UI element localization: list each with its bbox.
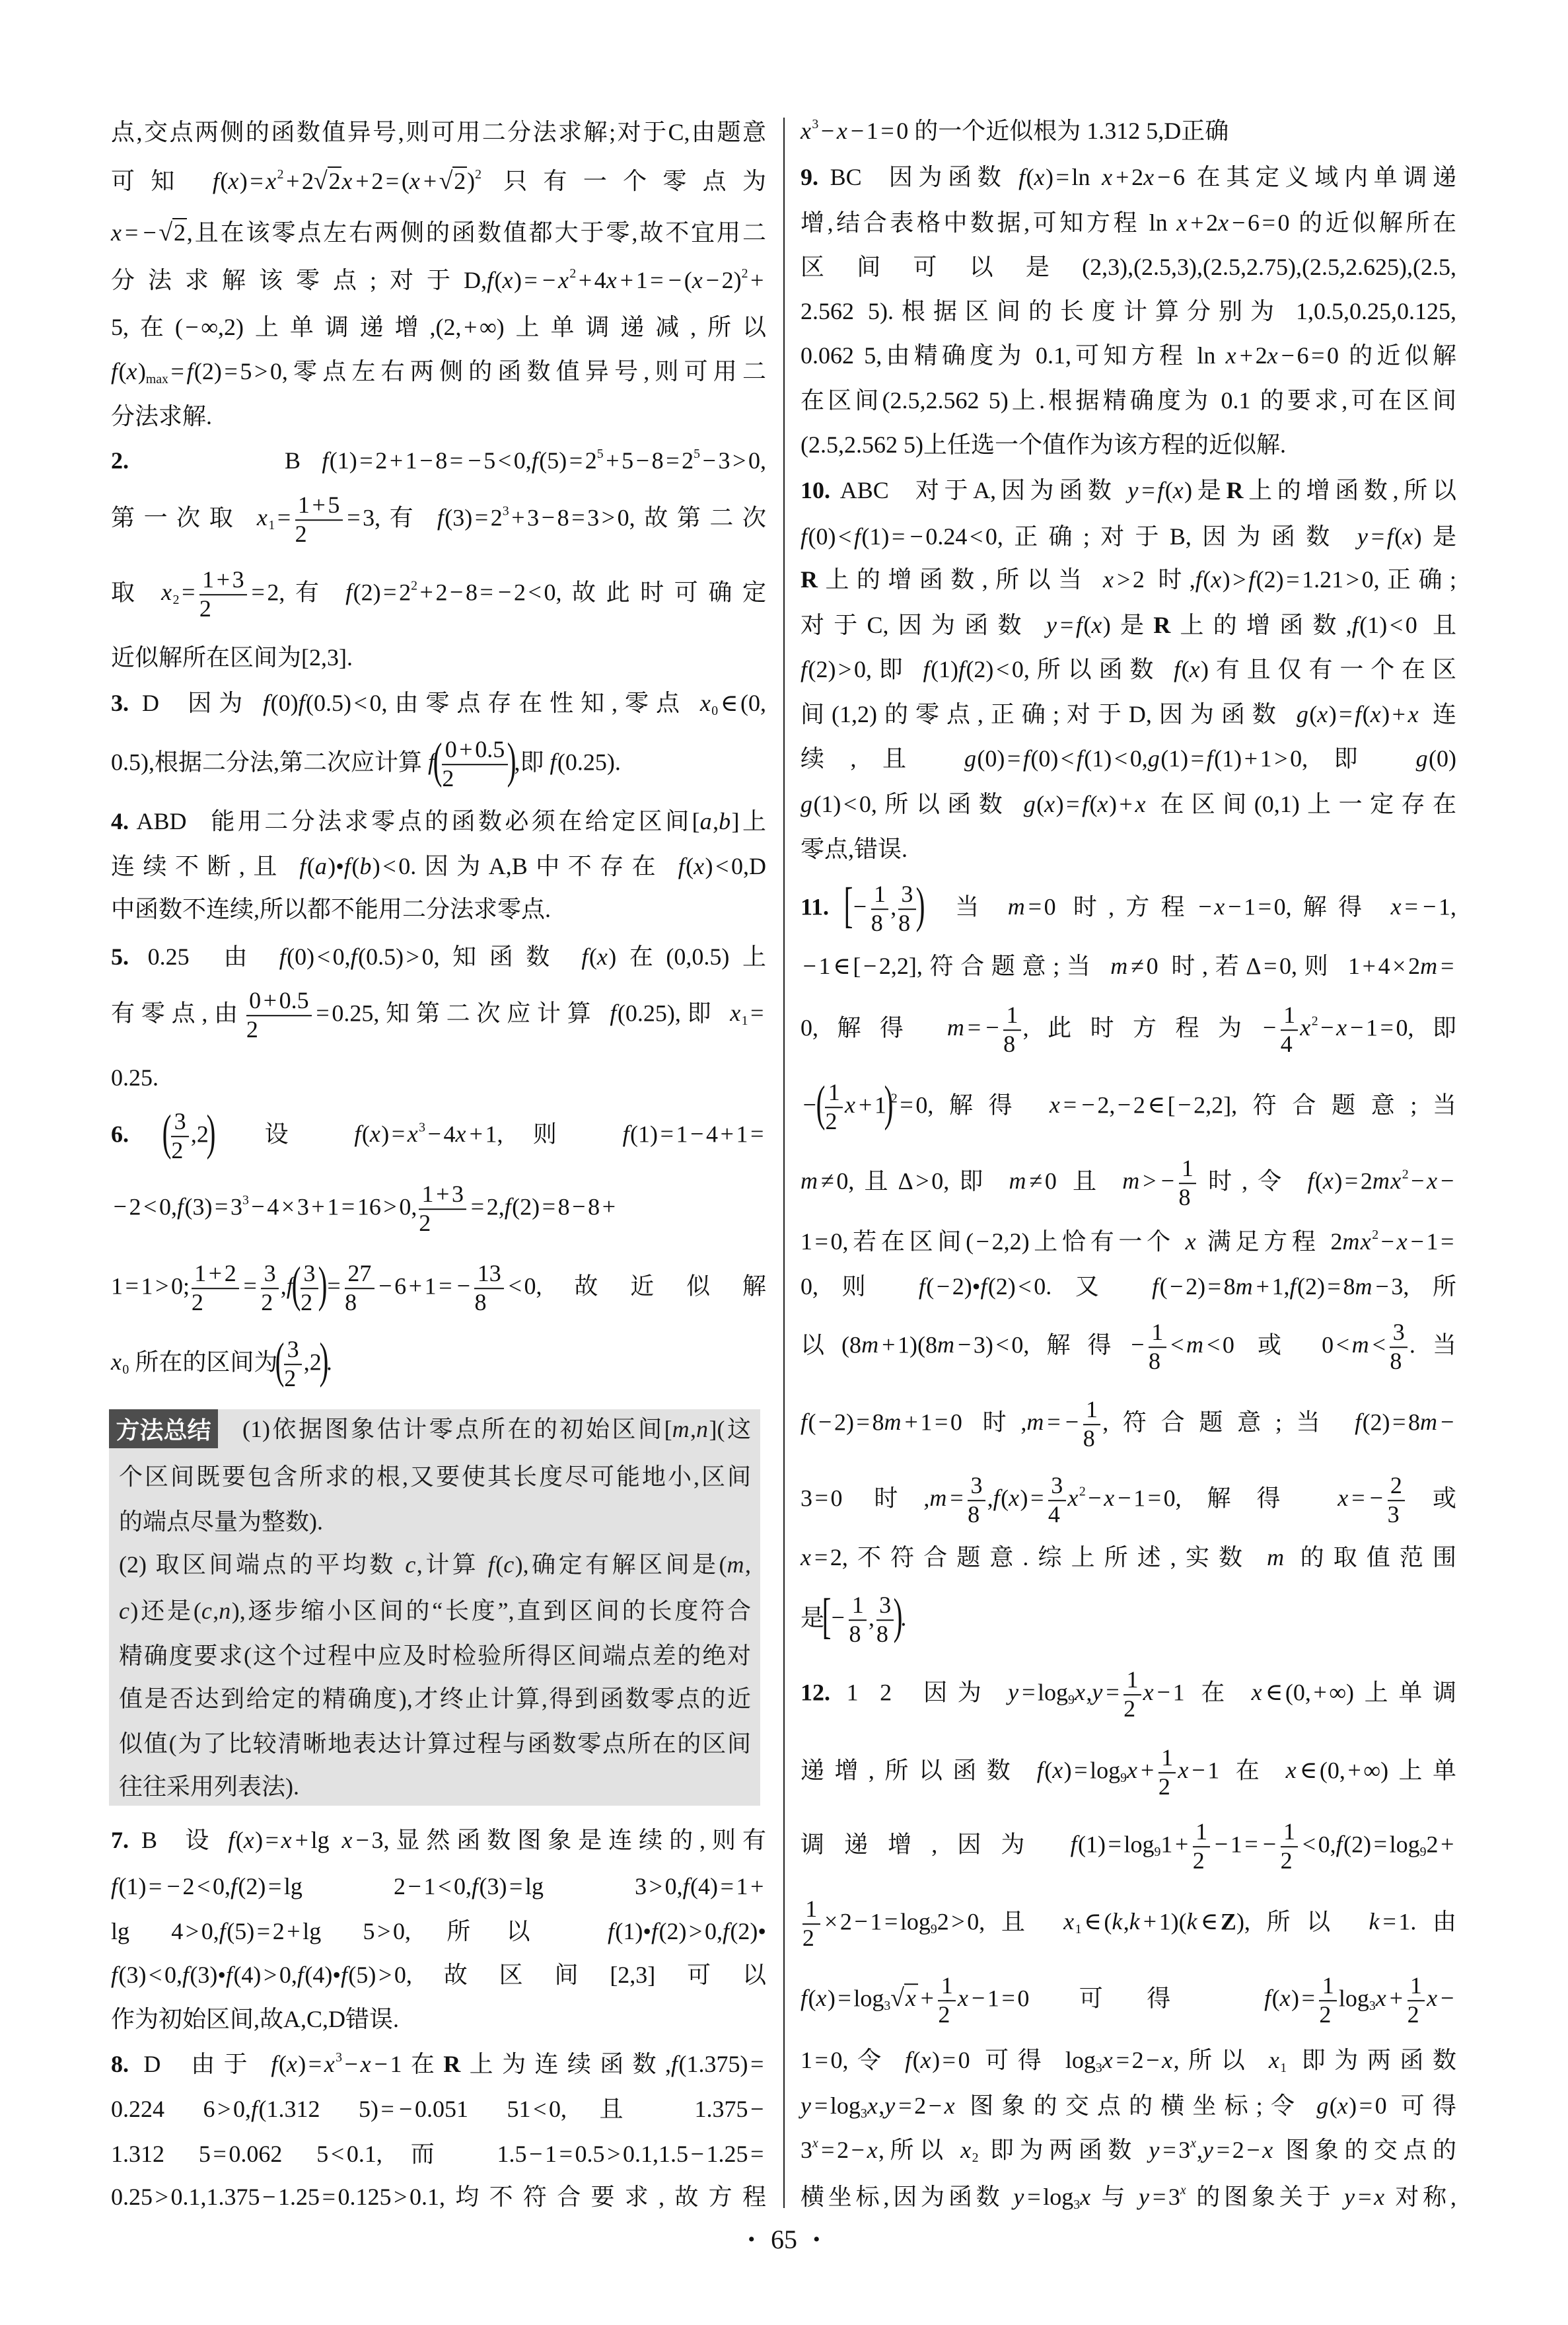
math-variable: x [1218,209,1229,236]
math-variable: m [1420,1409,1438,1435]
math-operator: − [399,2096,412,2122]
math-operator: − [803,1091,816,1118]
math-variable: x [597,943,608,970]
math-variable: f [1387,523,1394,550]
large-delimiter: [ [844,881,853,932]
math-variable: f [1174,656,1181,683]
math-operator: − [1441,1985,1454,2011]
math-variable: f [623,1121,630,1147]
math-variable: x [1176,209,1188,236]
math-operator: + [311,1193,324,1220]
math-variable: f [279,943,287,970]
fraction: 32 [284,1337,302,1391]
math-variable: x [1143,164,1155,190]
large-delimiter: ( [275,1337,285,1387]
column-divider [783,118,785,2208]
math-operator: − [542,504,555,531]
math-variable: x [126,358,137,385]
fraction-numerator: 1+3 [199,568,247,595]
fraction-numerator: 1 [938,1974,956,2001]
superscript: x [812,2136,819,2151]
math-operator: + [470,1121,483,1147]
fraction: 14 [1281,1003,1299,1057]
fraction-numerator: 1 [1319,1974,1337,2001]
math-operator: − [691,2141,704,2167]
math-operator: > [378,1962,392,1988]
math-operator: + [312,492,326,518]
math-operator: = [1141,477,1155,503]
text-line: 分法求解该零点;对于D,f(x)=−x2+4x+1=−(x−2)2+ [111,266,766,295]
math-variable: x [1286,1757,1297,1783]
math-operator: = [721,1873,734,1900]
math-operator: > [186,1918,199,1944]
math-variable: y [1046,612,1057,638]
math-operator: = [1345,1167,1358,1194]
math-variable: m [1355,1273,1372,1300]
fraction-numerator: 1 [1281,1003,1299,1031]
math-operator: = [1148,1485,1161,1511]
math-variable: f [299,690,306,716]
math-operator: = [1106,1679,1119,1705]
math-variable: x [1173,477,1184,503]
math-variable: f [182,1962,190,1988]
square-root: √2 [439,168,467,194]
fraction-denominator: 2 [419,1210,466,1236]
math-variable: x [324,2051,336,2077]
text-line: 0.25. [111,1063,766,1092]
fraction-denominator: 2 [1319,2001,1337,2028]
fraction: 18 [1149,1320,1166,1374]
math-operator: = [386,168,399,194]
math-operator: = [182,579,195,605]
radical-sign: √ [314,167,328,195]
fraction: 34 [1048,1473,1066,1528]
text-line: f(x)max=f(2)=5>0,零点左右两侧的函数值异号,则可用二 [111,357,766,386]
answer-11-line: 11. [−18,38)当 m=0 时,方程−x−1=0,解得 x=−1, [801,882,1456,936]
math-operator: < [533,2096,546,2122]
math-operator: < [996,656,1009,683]
math-variable: f [1264,1985,1271,2011]
math-variable: x [1390,1167,1402,1194]
math-operator: = [1191,745,1204,772]
fraction-numerator: 1 [1003,1003,1021,1031]
text-line: x=2,不符合题意.综上所述,实数 m 的取值范围 [801,1543,1456,1572]
math-operator: = [243,1273,256,1299]
answer-7-line: 7. B设 f(x)=x+lg x−3,显然函数图象是连续的,则有 [111,1826,766,1855]
math-operator: − [690,1121,703,1147]
math-operator: = [1359,2092,1372,2119]
math-operator: + [1240,342,1253,369]
math-operator: > [732,447,746,474]
math-variable: x [342,1827,353,1853]
math-operator: = [251,579,264,605]
fraction-denominator: 2 [246,1016,312,1043]
math-operator: < [1390,612,1403,638]
fraction: 12 [802,1897,820,1951]
math-operator: = [1374,1831,1387,1857]
fraction-numerator: 1 [1083,1397,1101,1425]
large-delimiter: ) [318,1261,327,1311]
text-line: x=−√2,且在该零点左右两侧的函数值都大于零,故不宜用二 [111,218,766,247]
math-variable: f [231,1873,238,1900]
bold-text: 5. [111,943,129,970]
math-variable: x [228,168,239,194]
text-line: f(x)=log3√x+12x−1=0 可得 f(x)=12log3x+12x− [801,1974,1456,2028]
fraction-denominator: 2 [1408,2001,1425,2028]
math-variable: f [980,1273,987,1300]
math-variable: x [944,2092,956,2119]
math-operator: = [1028,893,1042,920]
math-operator: = [1030,1485,1044,1511]
math-variable: y [1139,2184,1150,2210]
math-operator: − [1441,1409,1454,1435]
text-line: 可知 f(x)=x2+2√2x+2=(x+√2)2 只有一个零点为 [111,166,766,196]
math-variable: x [244,1827,255,1853]
math-operator: = [1286,566,1299,593]
math-variable: x [1034,164,1046,190]
large-delimiter: ( [433,737,443,787]
superscript: 5 [597,447,604,461]
math-variable: x [257,504,268,531]
text-line: 对于C,因为函数 y=f(x)是R上的增函数,f(1)<0 且 [801,610,1456,640]
math-operator: = [1027,2184,1040,2210]
fraction-denominator: 8 [968,1501,985,1528]
math-variable: x [361,2051,372,2077]
math-operator: + [1120,791,1133,817]
text-line: 中函数不连续,所以都不能用二分法求零点. [111,895,766,924]
fraction-denominator: 2 [442,765,507,792]
math-operator: + [459,736,472,762]
math-variable: f [354,1121,361,1147]
math-operator: − [457,1273,470,1299]
math-operator: = [571,504,585,531]
math-operator: < [970,523,983,550]
math-variable: f [488,1551,495,1578]
math-variable: x [906,1985,917,2011]
large-delimiter: ) [507,737,517,787]
subscript: 9 [1420,1845,1427,1859]
math-operator: = [1056,164,1069,190]
large-delimiter: ( [292,1261,301,1311]
text-line: 1=1>0;1+22=32,f(32)=278−6+1=−138<0,故近似解 [111,1261,766,1315]
math-operator: − [706,267,719,293]
math-variable: f [683,1873,690,1900]
math-variable: f [723,1918,730,1944]
text-line: 0.224 6>0,f(1.312 5)=−0.051 51<0,且 1.375… [111,2094,766,2123]
math-operator: = [359,447,373,474]
math-variable: x [1226,342,1237,369]
math-operator: − [529,2141,542,2167]
math-operator: = [898,2092,911,2119]
superscript: 2 [569,266,576,281]
fraction-denominator: 8 [898,910,916,936]
fraction-numerator: 0+0.5 [246,988,312,1016]
math-variable: x [1397,1228,1408,1255]
large-delimiter: ) [206,1109,215,1159]
math-operator: + [921,1985,934,2011]
fraction-numerator: 3 [284,1337,302,1365]
math-variable: x [1280,1985,1291,2011]
math-variable: x [281,1827,293,1853]
math-operator: > [649,1873,662,1900]
math-variable: f [1157,477,1164,503]
math-variable: f [1018,164,1026,190]
radicand: 2 [172,218,187,246]
math-variable: x [456,1121,467,1147]
fraction-numerator: 3 [876,1593,894,1621]
text-line: 连续不断,且 f(a)•f(b)<0.因为A,B中不存在 f(x)<0,D [111,852,766,881]
math-operator: = [308,2051,322,2077]
math-variable: x [812,2136,819,2151]
math-variable: f [905,2047,912,2073]
math-variable: m [1122,1167,1140,1194]
large-delimiter: ) [884,1080,893,1130]
math-operator: + [295,1827,308,1853]
text-line: 5,在(−∞,2)上单调递增,(2,+∞)上单调递减,所以 [111,313,766,342]
superscript: x [1190,2136,1197,2151]
math-variable: x [1186,1228,1197,1255]
text-line: 点,交点两侧的函数值异号,则可用二分法求解;对于C,由题意 [111,118,766,147]
math-operator: = [750,1000,764,1026]
text-line: x0 所在的区间为(32,2). [111,1337,766,1391]
math-variable: f [1037,1757,1044,1783]
math-variable: f [671,2051,678,2077]
math-operator: = [569,447,583,474]
math-operator: = [1074,1757,1087,1783]
math-operator: − [1281,342,1295,369]
text-line: 取 x2=1+32=2,有 f(2)=22+2−8=−2<0,故此时可确定 [111,568,766,622]
math-variable: m [1267,1544,1285,1570]
math-operator: − [1263,1831,1276,1857]
math-operator: + [1392,701,1406,727]
math-variable: x [1190,656,1201,683]
fraction-denominator: 8 [1083,1425,1101,1452]
math-operator: − [498,579,511,605]
math-operator: = [480,579,493,605]
fraction-denominator: 2 [802,1925,820,1951]
math-operator: = [125,1273,139,1299]
math-variable: x [1427,1167,1438,1194]
math-operator: + [511,504,524,531]
math-operator: − [185,314,198,340]
math-variable: f [608,1918,615,1944]
bold-text: R [443,2051,460,2077]
math-variable: f [1355,1409,1362,1435]
math-variable: f [351,943,358,970]
math-operator: ≠ [821,1167,834,1194]
fraction: 32 [301,1261,318,1315]
math-operator: = [381,2096,394,2122]
math-variable: x [1063,1908,1075,1935]
math-operator: = [750,2141,764,2167]
math-operator: = [814,2092,828,2119]
bold-text: R [1226,477,1243,503]
fraction: 1+22 [192,1261,239,1315]
fraction-denominator: 8 [849,1621,867,1647]
text-line: −(12x+1)2=0,解得 x=−2,−2∈[−2,2],符合题意;当 [801,1080,1456,1134]
bold-text: R [1153,612,1170,638]
math-operator: = [1351,1485,1365,1511]
text-line: 3=0 时,m=38,f(x)=34x2−x−1=0,解得 x=−23或 [801,1473,1456,1528]
math-operator: − [937,1273,950,1300]
math-operator: < [149,1962,162,1988]
math-variable: x [1376,1985,1387,2011]
fraction: 23 [1388,1473,1406,1528]
fraction-denominator: 8 [1149,1348,1166,1374]
math-variable: m [1009,1167,1027,1194]
fraction-denominator: 2 [825,1108,843,1134]
math-operator: = [450,447,463,474]
fraction-denominator: 8 [871,910,889,936]
math-variable: n [219,1598,231,1624]
math-operator: = [935,1409,948,1435]
superscript: 3 [242,1193,249,1207]
footer-dot-left: • [748,2229,755,2250]
math-operator: = [1022,1679,1035,1705]
answer-12-line: 12. 12因为 y=log9x,y=12x−1 在 x∈(0,+∞)上单调 [801,1668,1456,1722]
math-operator: − [1081,1091,1094,1118]
math-operator: ∈ [1084,1908,1102,1935]
math-variable: x [1337,1485,1349,1511]
fraction-denominator: 2 [938,2001,956,2028]
fraction-denominator: 8 [1390,1348,1408,1374]
math-variable: c [503,1551,515,1578]
math-operator: = [750,2051,764,2077]
math-operator: − [818,1409,832,1435]
math-operator: − [1411,1228,1424,1255]
answer-8-line: 8. D由于 f(x)=x3−x−1在R上为连续函数,f(1.375)= [111,2049,766,2079]
superscript: 2 [1079,1484,1086,1498]
math-operator: < [1170,1331,1184,1358]
method-summary-label: 方法总结 [109,1409,218,1448]
math-operator: ∈ [1201,1908,1219,1935]
math-operator: = [341,1193,355,1220]
math-operator: = [542,1193,555,1220]
summary-text-line: c)还是(c,n),逐步缩小区间的“长度”,直到区间的长度符合 [119,1596,751,1625]
math-variable: f [322,447,329,474]
math-variable: f [993,1485,1001,1511]
large-delimiter: ) [894,1592,903,1642]
math-operator: − [143,219,157,246]
fraction: 0+0.52 [246,988,312,1043]
math-variable: x [1178,1757,1189,1783]
fraction-denominator: 2 [1281,1847,1299,1874]
math-operator: = [1358,2184,1371,2210]
math-operator: = [277,504,291,531]
math-operator: > [915,1167,929,1194]
text-line: 在区间(2.5,2.562 5)上.根据精确度为 0.1 的要求,可在区间 [801,386,1456,415]
fraction: 18 [849,1593,867,1647]
math-variable: x [1143,1679,1155,1705]
fraction: 18 [1003,1003,1021,1057]
math-operator: = [1441,1228,1454,1255]
math-operator: + [882,1331,895,1358]
subscript: 9 [931,1922,937,1937]
text-line: x3−x−1=0 的一个近似根为 1.312 5,D正确 [801,116,1456,145]
text-line: −1∈[−2,2],符合题意;当 m≠0 时,若Δ=0,则 1+4×2m= [801,951,1456,980]
math-operator: − [976,1228,989,1255]
math-operator: > [254,358,267,385]
superscript: 2 [1372,1228,1378,1242]
math-variable: x [1300,1014,1311,1041]
math-variable: m [947,1014,965,1041]
text-line: 递增,所以函数 f(x)=log9x+12x−1 在 x∈(0,+∞)上单 [801,1746,1456,1800]
math-operator: < [843,791,857,817]
math-operator: + [579,267,592,293]
math-variable: y [1092,1679,1103,1705]
math-operator: + [287,1918,300,1944]
math-variable: x [341,168,353,194]
fraction: 18 [871,882,889,936]
math-operator: + [859,1091,872,1118]
fraction: 12 [1123,1668,1141,1722]
math-variable: f [186,358,194,385]
subscript: 1 [1075,1922,1082,1937]
math-operator: < [354,690,367,716]
bold-text: 7. [111,1827,129,1853]
text-line: y=log3x,y=2−x 图象的交点的横坐标;令 g(x)=0 可得 [801,2091,1456,2120]
text-line: 是[−18,38). [801,1593,1456,1647]
math-operator: − [1423,893,1436,920]
math-operator: = [750,1121,764,1147]
fraction: 32 [261,1261,279,1315]
math-variable: f [801,656,808,683]
math-operator: = [171,358,184,385]
math-variable: f [345,579,353,605]
bold-text: 8. [111,2051,129,2077]
math-operator: − [1232,209,1245,236]
math-variable: x [867,2137,878,2163]
math-operator: = [1302,1985,1315,2011]
math-variable: f [958,656,966,683]
math-operator: < [528,579,542,605]
math-operator: = [943,2047,956,2073]
fraction-denominator: 8 [876,1621,894,1647]
subscript: 0 [122,1362,129,1377]
math-operator: + [286,168,299,194]
math-operator: + [750,267,764,293]
math-operator: − [1065,1409,1079,1435]
text-line: 调递增,因为 f(1)=log91+12−1=−12<0,f(2)=log92+ [801,1820,1456,1874]
fraction: 38 [1390,1320,1408,1374]
math-variable: f [111,1873,118,1900]
math-variable: x [503,267,514,293]
bold-text: 11. [801,893,829,920]
math-operator: − [167,1873,180,1900]
math-operator: > [607,2141,620,2167]
summary-text-line: 的端点尽量为整数). [119,1507,751,1536]
math-operator: − [985,1014,999,1041]
math-operator: = [884,1908,898,1935]
math-operator: = [880,118,894,144]
text-line: 第一次取 x1=1+52=3,有 f(3)=23+3−8=3>0,故第二次 [111,493,766,547]
math-operator: + [217,566,230,593]
fraction: 38 [968,1473,985,1528]
math-operator: − [450,579,463,605]
math-operator: < [715,853,729,879]
math-operator: + [1143,1908,1157,1935]
math-variable: k [1369,1908,1380,1935]
math-operator: < [1061,745,1074,772]
math-variable: x [370,1121,381,1147]
math-operator: < [838,523,851,550]
text-line: 续,且 g(0)=f(0)<f(1)<0,g(1)=f(1)+1>0,即 g(0… [801,744,1456,773]
math-operator: = [1066,791,1079,817]
math-operator: = [650,267,663,293]
math-variable: x [1102,2047,1114,2073]
text-line: R上的增函数,所以当 x>2 时,f(x)>f(2)=1.21>0,正确; [801,565,1456,594]
math-operator: = [224,358,237,385]
